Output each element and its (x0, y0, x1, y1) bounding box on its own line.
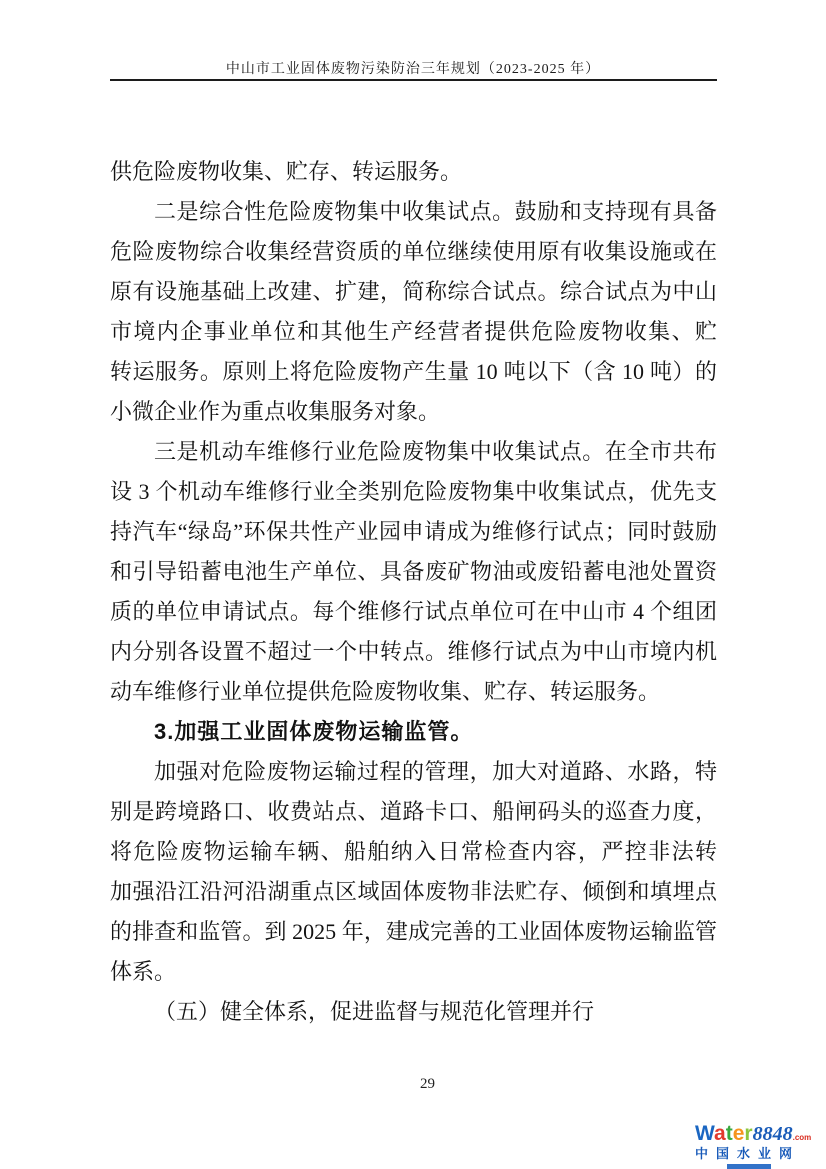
logo-bottom-bar (727, 1164, 771, 1169)
paragraph: 三是机动车维修行业危险废物集中收集试点。在全市共布 设 3 个机动车维修行业全类… (110, 432, 717, 712)
body-line: 将危险废物运输车辆、船舶纳入日常检查内容，严控非法转运。 (110, 832, 717, 872)
logo-letter: r (744, 1122, 752, 1145)
page-header-title: 中山市工业固体废物污染防治三年规划（2023-2025 年） (0, 58, 826, 78)
body-line: 别是跨境路口、收费站点、道路卡口、船闸码头的巡查力度， (110, 792, 717, 832)
body-line: 持汽车“绿岛”环保共性产业园申请成为维修行试点；同时鼓励 (110, 512, 717, 552)
logo-letter: W (695, 1122, 714, 1145)
body-line: 质的单位申请试点。每个维修行试点单位可在中山市 4 个组团 (110, 592, 717, 632)
logo-letter: e (733, 1122, 745, 1145)
body-line: 二是综合性危险废物集中收集试点。鼓励和支持现有具备 (110, 192, 717, 232)
body-line: 和引导铅蓄电池生产单位、具备废矿物油或废铅蓄电池处置资 (110, 552, 717, 592)
section-heading: （五）健全体系，促进监督与规范化管理并行 (110, 992, 717, 1032)
body-line: 三是机动车维修行业危险废物集中收集试点。在全市共布 (110, 432, 717, 472)
body-line: 设 3 个机动车维修行业全类别危险废物集中收集试点，优先支 (110, 472, 717, 512)
body-line: 小微企业作为重点收集服务对象。 (110, 392, 717, 432)
water8848-watermark-logo: Water8848.com 中国水业网 (695, 1123, 815, 1160)
body-line: 市境内企事业单位和其他生产经营者提供危险废物收集、贮存、 (110, 312, 717, 352)
logo-letter: t (726, 1122, 733, 1145)
paragraph: 供危险废物收集、贮存、转运服务。 (110, 152, 717, 192)
document-page: 中山市工业固体废物污染防治三年规划（2023-2025 年） 供危险废物收集、贮… (0, 0, 826, 1169)
logo-letter: a (714, 1122, 726, 1145)
body-line: 原有设施基础上改建、扩建，简称综合试点。综合试点为中山 (110, 272, 717, 312)
body-line: 体系。 (110, 952, 717, 992)
body-line: 内分别各设置不超过一个中转点。维修行试点为中山市境内机 (110, 632, 717, 672)
body-line: 加强对危险废物运输过程的管理，加大对道路、水路，特 (110, 752, 717, 792)
header-divider (110, 79, 717, 81)
body-line: 动车维修行业单位提供危险废物收集、贮存、转运服务。 (110, 672, 717, 712)
body-line: 供危险废物收集、贮存、转运服务。 (110, 152, 717, 192)
body-line: 危险废物综合收集经营资质的单位继续使用原有收集设施或在 (110, 232, 717, 272)
logo-number: 8848 (753, 1123, 793, 1145)
body-line: 的排查和监管。到 2025 年，建成完善的工业固体废物运输监管 (110, 912, 717, 952)
paragraph: 二是综合性危险废物集中收集试点。鼓励和支持现有具备 危险废物综合收集经营资质的单… (110, 192, 717, 432)
logo-site-name: 中国水业网 (695, 1147, 815, 1160)
water8848-wordmark: Water8848.com (695, 1123, 815, 1144)
body-line: 转运服务。原则上将危险废物产生量 10 吨以下（含 10 吨）的 (110, 352, 717, 392)
paragraph: 加强对危险废物运输过程的管理，加大对道路、水路，特 别是跨境路口、收费站点、道路… (110, 752, 717, 992)
logo-domain-suffix: .com (793, 1133, 812, 1142)
body-line: 加强沿江沿河沿湖重点区域固体废物非法贮存、倾倒和填埋点 (110, 872, 717, 912)
page-number: 29 (124, 1076, 731, 1093)
subsection-heading: 3.加强工业固体废物运输监管。 (110, 712, 717, 752)
document-body: 供危险废物收集、贮存、转运服务。 二是综合性危险废物集中收集试点。鼓励和支持现有… (110, 152, 717, 1032)
